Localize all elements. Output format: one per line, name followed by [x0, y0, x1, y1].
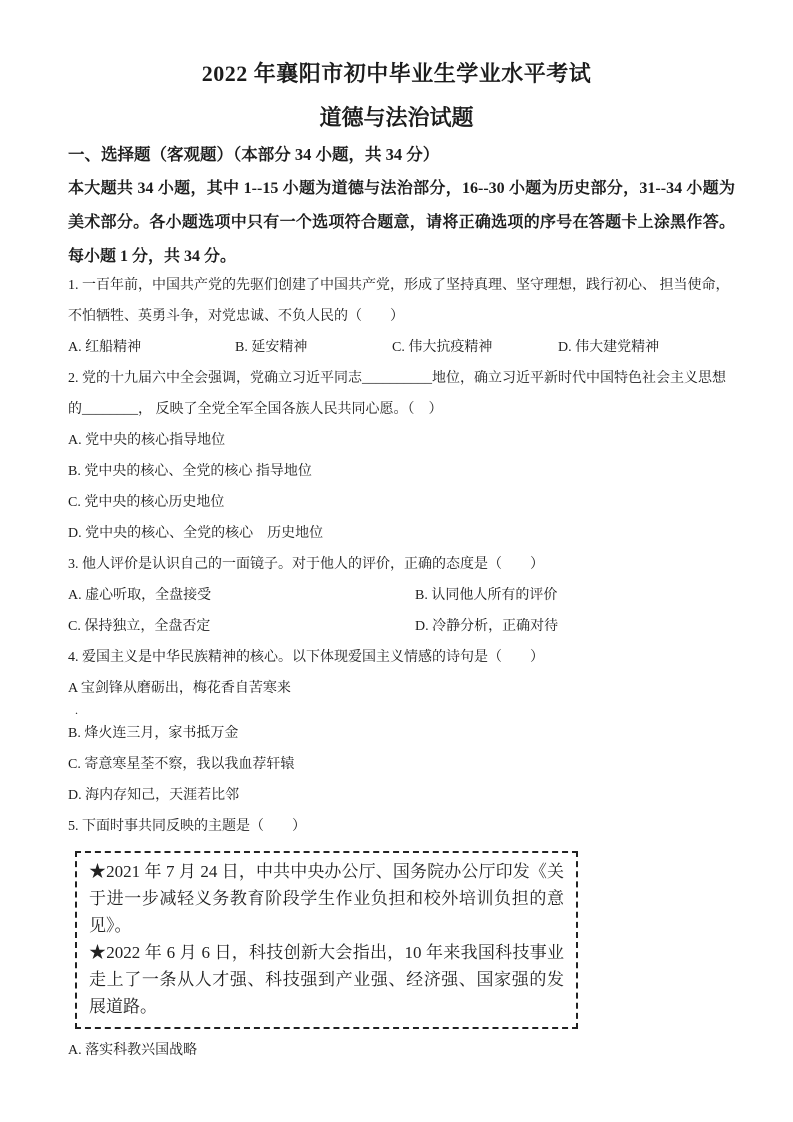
options-row: A. 红船精神 B. 延安精神 C. 伟大抗疫精神 D. 伟大建党精神 [68, 332, 735, 363]
option-b: B. 认同他人所有的评价 [415, 580, 557, 611]
option-a: A 宝剑锋从磨砺出，梅花香自苦寒来 [68, 673, 735, 704]
stray-mark: . [68, 704, 735, 718]
option-a: A. 虚心听取，全盘接受 [68, 580, 415, 611]
option-c: C. 党中央的核心历史地位 [68, 487, 735, 518]
question-stem: 5. 下面时事共同反映的主题是（ ） [68, 811, 735, 842]
question-stem: 的________， 反映了全党全军全国各族人民共同心愿。（ ） [68, 394, 735, 425]
exam-subtitle: 道德与法治试题 [0, 103, 793, 133]
question-2: 2. 党的十九届六中全会强调，党确立习近平同志__________地位，确立习近… [68, 363, 735, 549]
option-b: B. 延安精神 [235, 332, 392, 363]
option-d: D. 海内存知己，天涯若比邻 [68, 780, 735, 811]
option-c: C. 伟大抗疫精神 [392, 332, 558, 363]
option-c: C. 寄意寒星荃不察，我以我血荐轩辕 [68, 749, 735, 780]
box-item-1: ★2021 年 7 月 24 日，中共中央办公厅、国务院办公厅印发《关于进一步减… [89, 858, 564, 939]
question-stem: 1. 一百年前，中国共产党的先驱们创建了中国共产党，形成了坚持真理、坚守理想，践… [68, 270, 735, 301]
question-stem: 2. 党的十九届六中全会强调，党确立习近平同志__________地位，确立习近… [68, 363, 735, 394]
section-heading: 一、选择题（客观题）（本部分 34 小题，共 34 分） [68, 141, 735, 169]
question-4: 4. 爱国主义是中华民族精神的核心。以下体现爱国主义情感的诗句是（ ） A 宝剑… [68, 642, 735, 811]
section-intro: 本大题共 34 小题，其中 1--15 小题为道德与法治部分，16--30 小题… [68, 172, 735, 274]
option-d: D. 冷静分析，正确对待 [415, 611, 558, 642]
option-b: B. 烽火连三月，家书抵万金 [68, 718, 735, 749]
option-c: C. 保持独立，全盘否定 [68, 611, 415, 642]
option-a: A. 红船精神 [68, 332, 235, 363]
exam-title: 2022 年襄阳市初中毕业生学业水平考试 [0, 58, 793, 90]
question-stem: 3. 他人评价是认识自己的一面镜子。对于他人的评价，正确的态度是（ ） [68, 549, 735, 580]
current-affairs-box: ★2021 年 7 月 24 日，中共中央办公厅、国务院办公厅印发《关于进一步减… [75, 851, 578, 1029]
option-d: D. 党中央的核心、全党的核心 历史地位 [68, 518, 735, 549]
options-row: C. 保持独立，全盘否定 D. 冷静分析，正确对待 [68, 611, 735, 642]
option-d: D. 伟大建党精神 [558, 332, 659, 363]
option-b: B. 党中央的核心、全党的核心 指导地位 [68, 456, 735, 487]
option-a: A. 党中央的核心指导地位 [68, 425, 735, 456]
options-row: A. 虚心听取，全盘接受 B. 认同他人所有的评价 [68, 580, 735, 611]
box-item-2: ★2022 年 6 月 6 日，科技创新大会指出，10 年来我国科技事业走上了一… [89, 939, 564, 1020]
question-1: 1. 一百年前，中国共产党的先驱们创建了中国共产党，形成了坚持真理、坚守理想，践… [68, 270, 735, 363]
question-stem: 不怕牺牲、英勇斗争，对党忠诚、不负人民的（ ） [68, 301, 735, 332]
questions-block: 1. 一百年前，中国共产党的先驱们创建了中国共产党，形成了坚持真理、坚守理想，践… [68, 270, 735, 1066]
exam-paper-page: 2022 年襄阳市初中毕业生学业水平考试 道德与法治试题 一、选择题（客观题）（… [0, 0, 793, 1122]
question-3: 3. 他人评价是认识自己的一面镜子。对于他人的评价，正确的态度是（ ） A. 虚… [68, 549, 735, 642]
question-stem: 4. 爱国主义是中华民族精神的核心。以下体现爱国主义情感的诗句是（ ） [68, 642, 735, 673]
question-5: 5. 下面时事共同反映的主题是（ ） ★2021 年 7 月 24 日，中共中央… [68, 811, 735, 1066]
option-a: A. 落实科教兴国战略 [68, 1035, 735, 1066]
